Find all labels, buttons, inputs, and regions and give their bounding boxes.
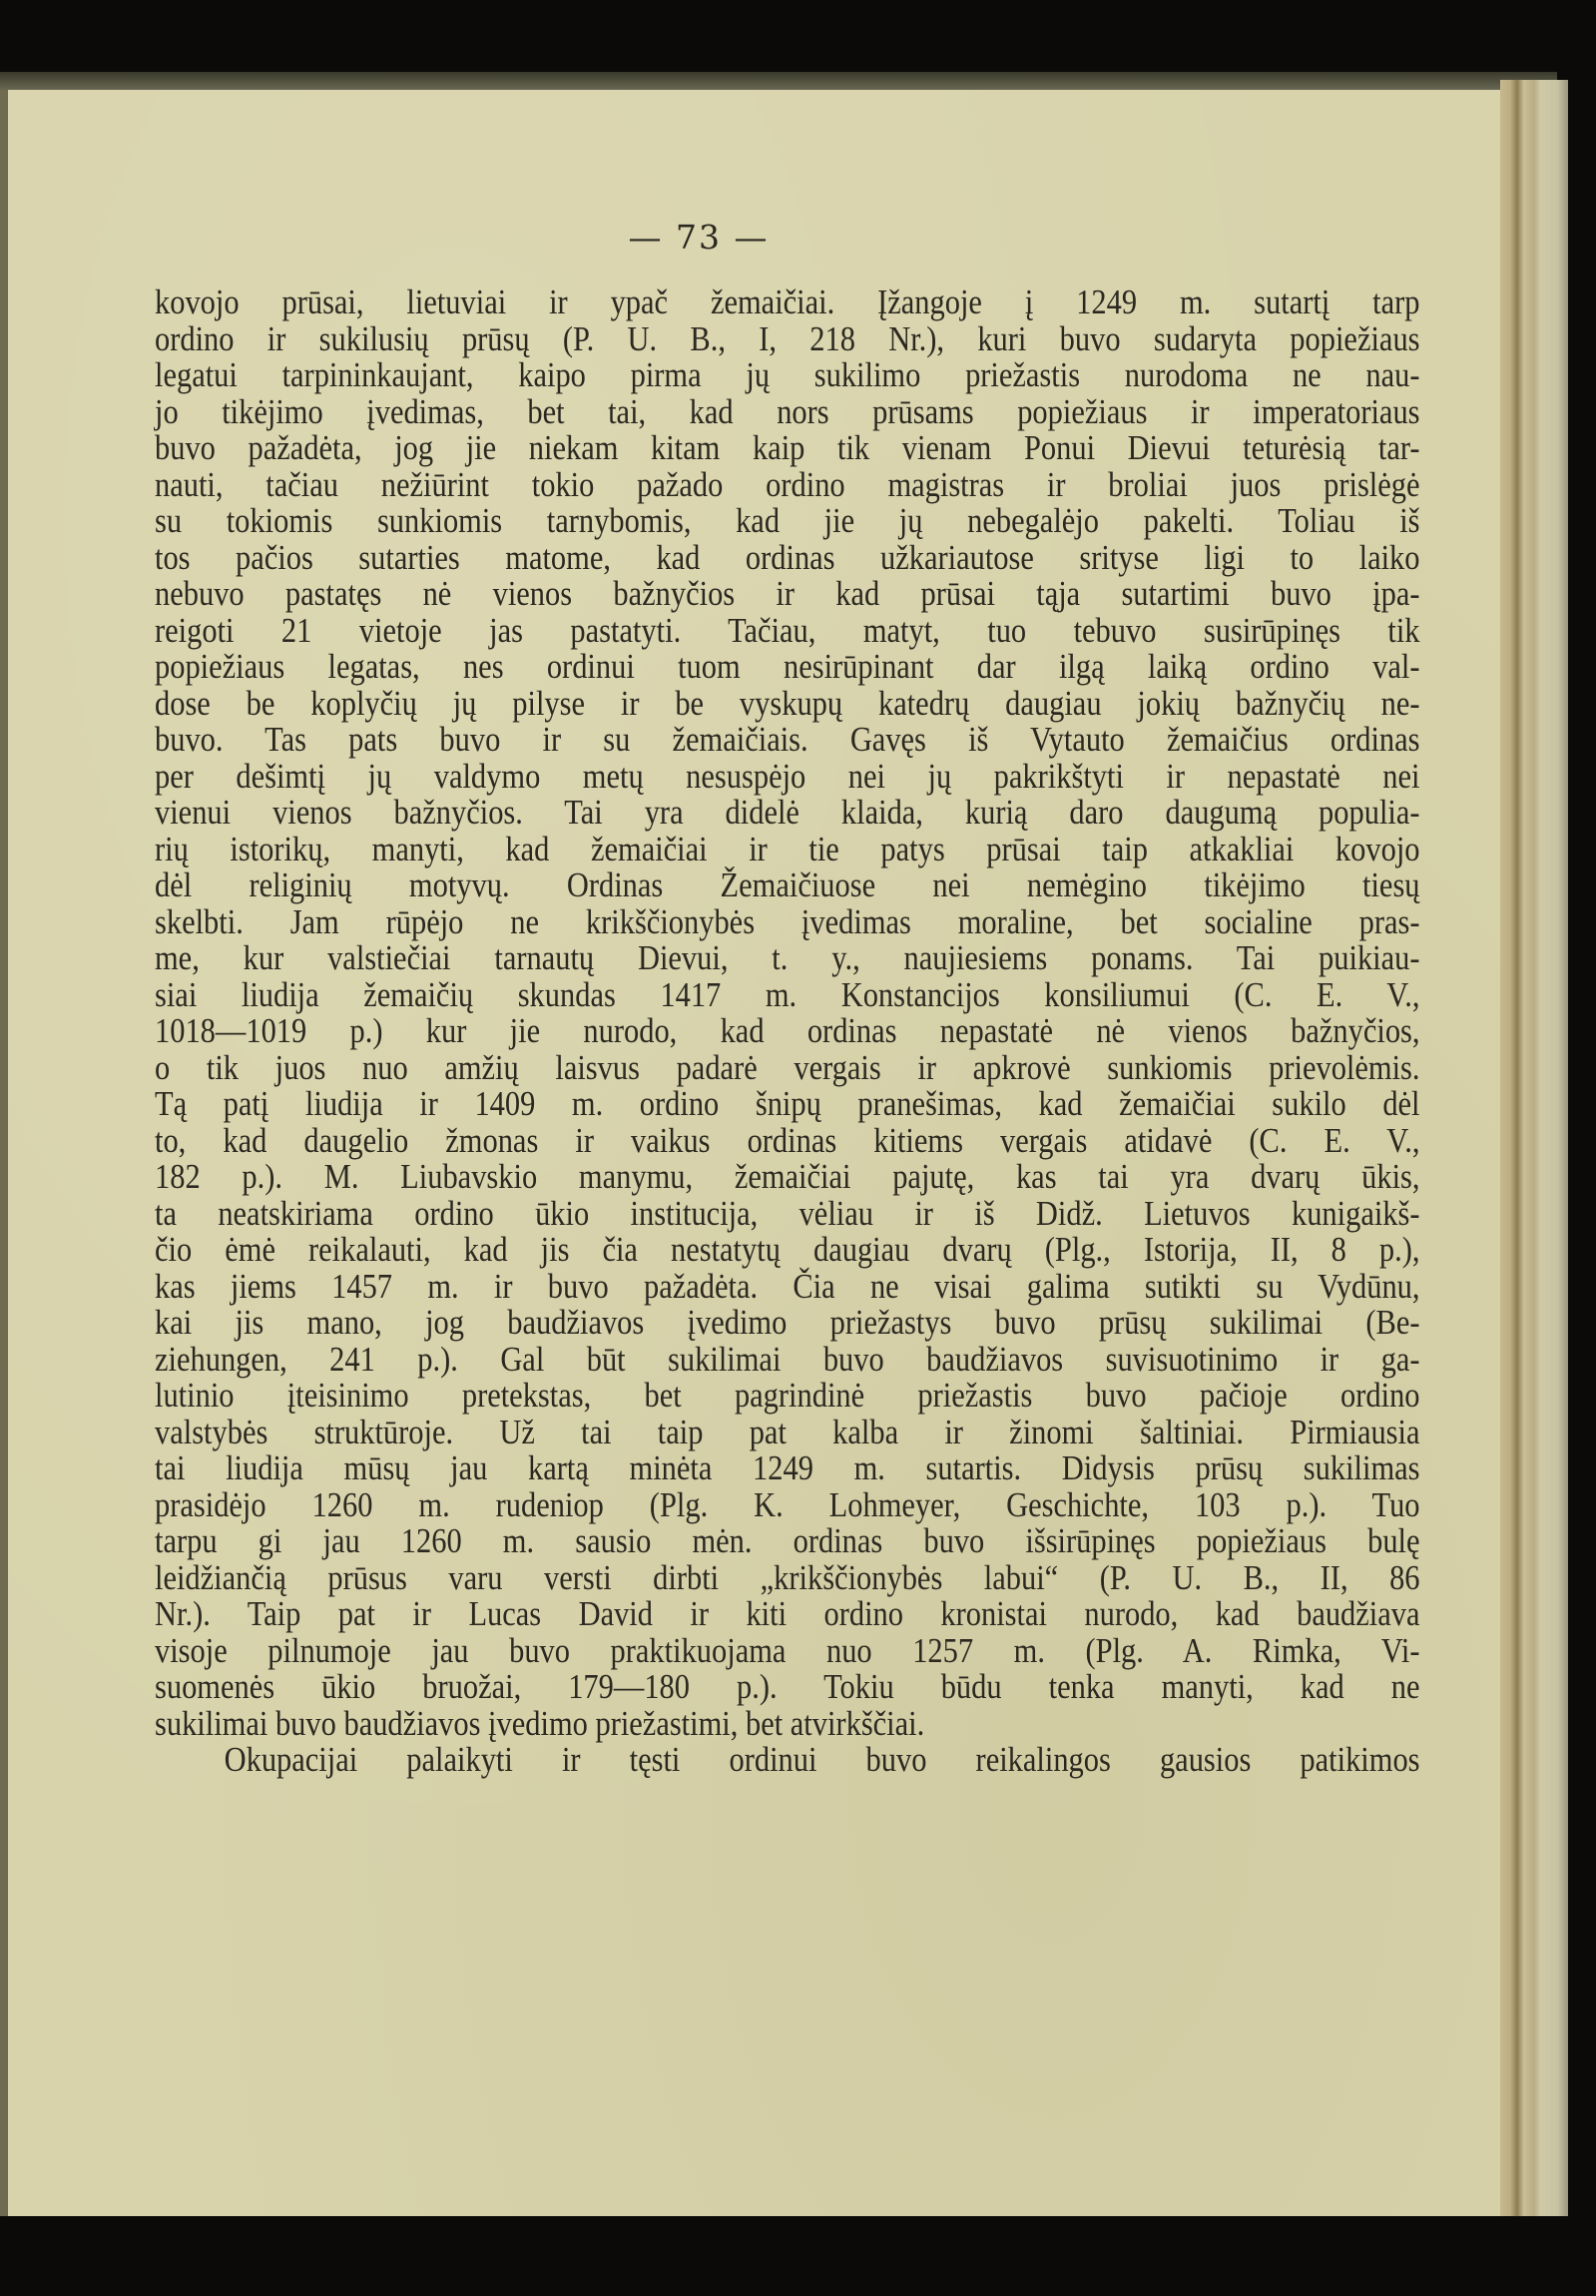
text-line: nauti, tačiau nežiūrint tokio pažado ord… [155, 467, 1420, 504]
page-left-edge [0, 90, 8, 2216]
text-line: ziehungen, 241 p.). Gal būt sukilimai bu… [155, 1342, 1420, 1379]
text-line: valstybės struktūroje. Už tai taip pat k… [155, 1415, 1420, 1451]
text-line: rių istorikų, manyti, kad žemaičiai ir t… [155, 832, 1420, 868]
page-number: — 73 — [0, 218, 1397, 257]
book-top-shadow [0, 72, 1557, 92]
text-line: popiežiaus legatas, nes ordinui tuom nes… [155, 649, 1420, 686]
text-line: suomenės ūkio bruožai, 179—180 p.). Toki… [155, 1669, 1420, 1706]
text-line: kai jis mano, jog baudžiavos įvedimo pri… [155, 1305, 1420, 1342]
text-line: buvo pažadėta, jog jie niekam kitam kaip… [155, 430, 1420, 467]
text-line: skelbti. Jam rūpėjo ne krikščionybės įve… [155, 904, 1420, 941]
text-line: buvo. Tas pats buvo ir su žemaičiais. Ga… [155, 722, 1420, 759]
text-line: sukilimai buvo baudžiavos įvedimo prieža… [155, 1706, 1420, 1743]
text-line: kovojo prūsai, lietuviai ir ypač žemaiči… [155, 285, 1420, 321]
text-line: vienui vienos bažnyčios. Tai yra didelė … [155, 795, 1420, 832]
text-line: čio ėmė reikalauti, kad jis čia nestatyt… [155, 1232, 1420, 1269]
text-line: nebuvo pastatęs nė vienos bažnyčios ir k… [155, 576, 1420, 613]
paragraph-start-line: Okupacijai palaikyti ir tęsti ordinui bu… [155, 1742, 1420, 1779]
text-line: visoje pilnumoje jau buvo praktikuojama … [155, 1633, 1420, 1670]
text-line: jo tikėjimo įvedimas, bet tai, kad nors … [155, 394, 1420, 431]
text-line: per dešimtį jų valdymo metų nesuspėjo ne… [155, 759, 1420, 796]
text-line: 1018—1019 p.) kur jie nurodo, kad ordina… [155, 1013, 1420, 1050]
text-line: legatui tarpininkaujant, kaipo pirma jų … [155, 357, 1420, 394]
text-line: Nr.). Taip pat ir Lucas David ir kiti or… [155, 1596, 1420, 1633]
text-line: kas jiems 1457 m. ir buvo pažadėta. Čia … [155, 1269, 1420, 1306]
text-line: tai liudija mūsų jau kartą minėta 1249 m… [155, 1450, 1420, 1487]
body-text: kovojo prūsai, lietuviai ir ypač žemaiči… [155, 285, 1420, 1779]
text-line: su tokiomis sunkiomis tarnybomis, kad ji… [155, 503, 1420, 540]
text-line: prasidėjo 1260 m. rudeniop (Plg. K. Lohm… [155, 1487, 1420, 1524]
text-line: to, kad daugelio žmonas ir vaikus ordina… [155, 1123, 1420, 1160]
text-line: dose be koplyčių jų pilyse ir be vyskupų… [155, 686, 1420, 723]
text-line: me, kur valstiečiai tarnautų Dievui, t. … [155, 940, 1420, 977]
text-line: Tą patį liudija ir 1409 m. ordino šnipų … [155, 1086, 1420, 1123]
text-line: ta neatskiriama ordino ūkio institucija,… [155, 1196, 1420, 1233]
text-line: ordino ir sukilusių prūsų (P. U. B., I, … [155, 321, 1420, 358]
text-line: leidžiančią prūsus varu versti dirbti „k… [155, 1560, 1420, 1597]
text-line: lutinio įteisinimo pretekstas, bet pagri… [155, 1378, 1420, 1415]
text-line: dėl religinių motyvų. Ordinas Žemaičiuos… [155, 867, 1420, 904]
text-line: tos pačios sutarties matome, kad ordinas… [155, 540, 1420, 577]
text-line: siai liudija žemaičių skundas 1417 m. Ko… [155, 977, 1420, 1014]
text-line: 182 p.). M. Liubavskio manymu, žemaičiai… [155, 1159, 1420, 1196]
text-line: reigoti 21 vietoje jas pastatyti. Tačiau… [155, 613, 1420, 650]
book-page-edges [1500, 80, 1568, 2216]
text-line: tarpu gi jau 1260 m. sausio mėn. ordinas… [155, 1523, 1420, 1560]
text-line: o tik juos nuo amžių laisvus padarė verg… [155, 1050, 1420, 1087]
